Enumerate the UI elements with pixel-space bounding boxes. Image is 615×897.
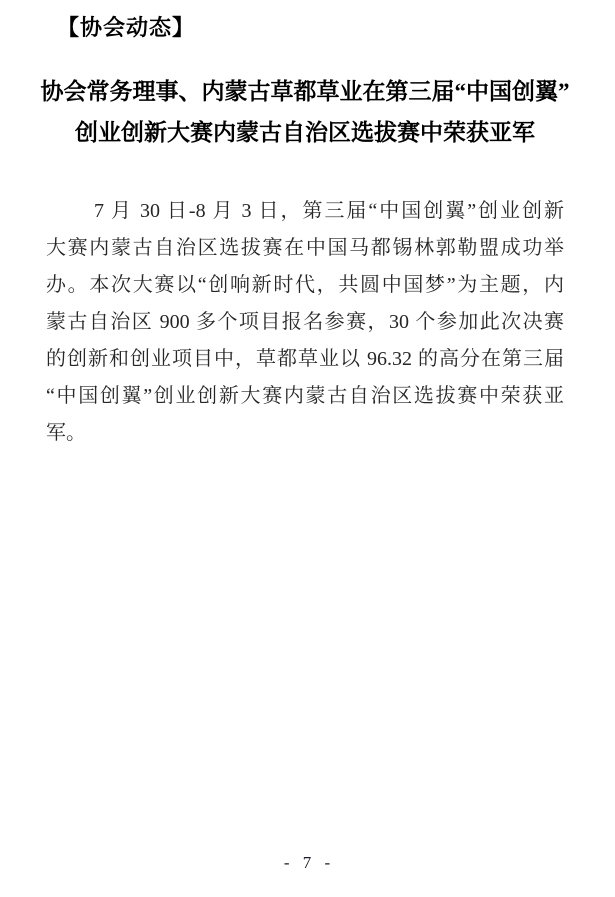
section-header: 【协会动态】: [57, 13, 195, 42]
article-title-line: 创业创新大赛内蒙古自治区选拔赛中荣获亚军: [40, 112, 570, 153]
body-line: 军。: [46, 415, 564, 452]
body-line: 蒙古自治区 900 多个项目报名参赛，30 个参加此次决赛: [46, 304, 564, 341]
body-line: 办。本次大赛以“创响新时代，共圆中国梦”为主题，内: [46, 267, 564, 304]
body-line: “中国创翼”创业创新大赛内蒙古自治区选拔赛中荣获亚: [46, 378, 564, 415]
page-number: - 7 -: [0, 851, 615, 875]
article-title: 协会常务理事、内蒙古草都草业在第三届“中国创翼” 创业创新大赛内蒙古自治区选拔赛…: [40, 71, 570, 153]
article-title-line: 协会常务理事、内蒙古草都草业在第三届“中国创翼”: [40, 71, 570, 112]
body-line: 的创新和创业项目中，草都草业以 96.32 的高分在第三届: [46, 341, 564, 378]
body-line: 大赛内蒙古自治区选拔赛在中国马都锡林郭勒盟成功举: [46, 230, 564, 267]
body-paragraph: 7 月 30 日-8 月 3 日，第三届“中国创翼”创业创新 大赛内蒙古自治区选…: [46, 193, 564, 452]
body-line: 7 月 30 日-8 月 3 日，第三届“中国创翼”创业创新: [46, 193, 564, 230]
document-page: 【协会动态】 协会常务理事、内蒙古草都草业在第三届“中国创翼” 创业创新大赛内蒙…: [0, 0, 615, 897]
